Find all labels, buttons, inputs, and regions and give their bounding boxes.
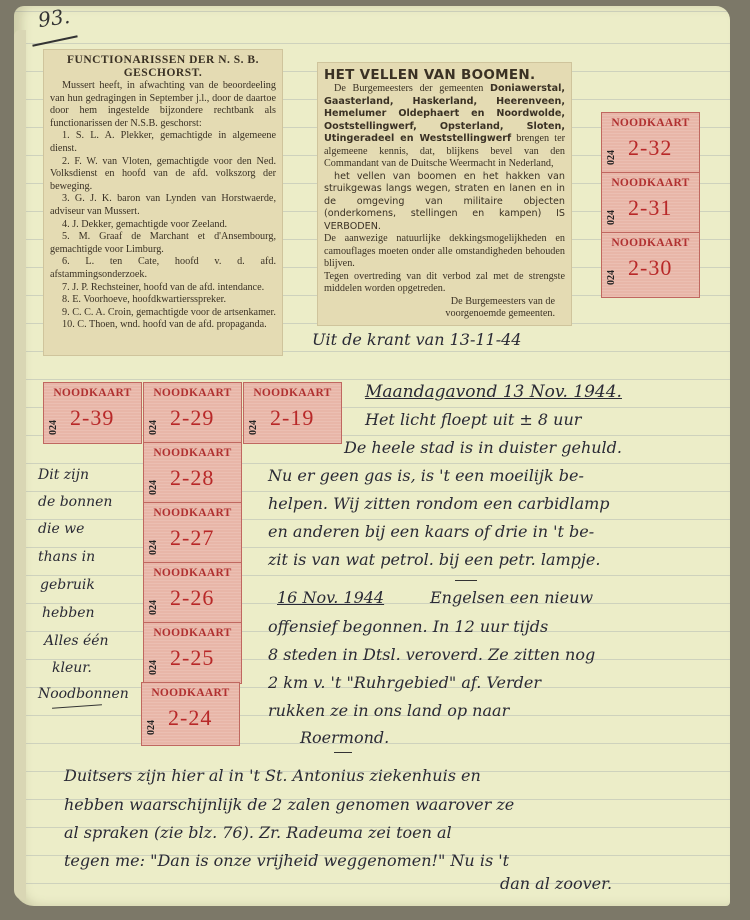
entry2-line: 8 steden in Dtsl. veroverd. Ze zitten no… [268, 645, 595, 664]
coupon-code: 024 [48, 420, 59, 435]
p1-start: De Burgemeesters der gemeenten [334, 83, 490, 94]
coupon-number: 2-39 [70, 405, 114, 431]
coupon: NOODKAART 024 2-27 [144, 503, 241, 563]
divider [334, 752, 352, 753]
bottom-line: Duitsers zijn hier al in 't St. Antonius… [64, 766, 481, 785]
side-note-line: kleur. [52, 660, 92, 676]
coupon: NOODKAART 024 2-24 [142, 683, 239, 745]
entry1-line: De heele stad is in duister gehuld. [344, 438, 622, 457]
entry1-line: Het licht floept uit ± 8 uur [365, 410, 581, 429]
coupon-title: NOODKAART [144, 447, 241, 459]
divider [455, 580, 477, 581]
coupon-title: NOODKAART [602, 117, 699, 129]
entry2-line: Engelsen een nieuw [430, 588, 593, 607]
coupon-title: NOODKAART [144, 507, 241, 519]
coupon-code: 024 [146, 720, 157, 735]
side-note-line: die we [38, 521, 84, 537]
bottom-line: al spraken (zie blz. 76). Zr. Radeuma ze… [64, 823, 452, 842]
coupon-number: 2-26 [170, 585, 214, 611]
coupon-number: 2-32 [628, 135, 672, 161]
side-note-line: gebruik [40, 577, 95, 593]
coupon: NOODKAART 024 2-30 [602, 233, 699, 297]
coupon-code: 024 [148, 600, 159, 615]
entry1-line: zit is van wat petrol. bij een petr. lam… [268, 550, 600, 569]
coupon-title: NOODKAART [142, 687, 239, 699]
coupon: NOODKAART 024 2-28 [144, 443, 241, 503]
clipping-boomen-signature-2: voorgenoemde gemeenten. [324, 308, 565, 321]
bottom-line: hebben waarschijnlijk de 2 zalen genomen… [64, 795, 514, 814]
coupon-title: NOODKAART [144, 627, 241, 639]
coupon-code: 024 [606, 150, 617, 165]
entry1-line: Nu er geen gas is, is 't een moeilijk be… [268, 466, 584, 485]
coupon-code: 024 [606, 270, 617, 285]
coupon-code: 024 [148, 660, 159, 675]
coupon-title: NOODKAART [144, 387, 241, 399]
coupon: NOODKAART 024 2-29 [144, 383, 241, 443]
coupon-code: 024 [148, 420, 159, 435]
coupon-number: 2-30 [628, 255, 672, 281]
coupon: NOODKAART 024 2-32 [602, 113, 699, 173]
coupon: NOODKAART 024 2-19 [244, 383, 341, 443]
clipping-nsb-item: 3. G. J. K. baron van Lynden van Horstwa… [50, 193, 276, 218]
coupon-number: 2-31 [628, 195, 672, 221]
coupon-code: 024 [248, 420, 259, 435]
coupon: NOODKAART 024 2-25 [144, 623, 241, 683]
clipping-boomen-title: HET VELLEN VAN BOOMEN. [324, 67, 565, 83]
coupon: NOODKAART 024 2-39 [44, 383, 141, 443]
clipping-nsb-item: 1. S. L. A. Plekker, gemachtigde in alge… [50, 130, 276, 155]
source-note: Uit de krant van 13-11-44 [312, 330, 521, 349]
clipping-nsb-item: 8. E. Voorhoeve, hoofdkwartiersspreker. [50, 294, 276, 307]
coupon-title: NOODKAART [144, 567, 241, 579]
coupon-title: NOODKAART [602, 177, 699, 189]
clipping-boomen-p4: Tegen overtreding van dit verbod zal met… [324, 271, 565, 296]
clipping-nsb-title: FUNCTIONARISSEN DER N. S. B. GESCHORST. [50, 54, 276, 80]
coupon-code: 024 [148, 480, 159, 495]
clipping-nsb-item: 4. J. Dekker, gemachtigde voor Zeeland. [50, 219, 276, 232]
coupon: NOODKAART 024 2-31 [602, 173, 699, 233]
entry1-line: en anderen bij een kaars of drie in 't b… [268, 522, 594, 541]
clipping-boomen-signature-1: De Burgemeesters van de [324, 296, 565, 309]
entry2-line: rukken ze in ons land op naar [268, 701, 509, 720]
coupon-number: 2-24 [168, 705, 212, 731]
coupon-number: 2-19 [270, 405, 314, 431]
coupon-number: 2-29 [170, 405, 214, 431]
clipping-nsb-item: 10. C. Thoen, wnd. hoofd van de afd. pro… [50, 319, 276, 332]
coupon-code: 024 [148, 540, 159, 555]
entry2-date: 16 Nov. 1944 [277, 588, 384, 607]
side-note-line: thans in [38, 549, 95, 565]
entry1-line: helpen. Wij zitten rondom een carbidlamp [268, 494, 610, 513]
clipping-nsb-item: 7. J. P. Rechsteiner, hoofd van de afd. … [50, 282, 276, 295]
entry1-date: Maandagavond 13 Nov. 1944. [365, 382, 622, 402]
side-note-line: Noodbonnen [38, 686, 129, 702]
coupon-number: 2-28 [170, 465, 214, 491]
clipping-nsb-item: 5. M. Graaf de Marchant et d'Ansembourg,… [50, 231, 276, 256]
clipping-nsb-item: 2. F. W. van Vloten, gemachtigde voor de… [50, 156, 276, 194]
bottom-line: dan al zoover. [500, 874, 612, 893]
coupon-code: 024 [606, 210, 617, 225]
coupon-title: NOODKAART [602, 237, 699, 249]
page-number: 93. [36, 4, 71, 32]
clipping-boomen-p1: De Burgemeesters der gemeenten Doniawers… [324, 83, 565, 171]
coupon-title: NOODKAART [244, 387, 341, 399]
side-note-line: Alles één [44, 633, 109, 649]
coupon-number: 2-27 [170, 525, 214, 551]
bottom-line: tegen me: "Dan is onze vrijheid weggenom… [64, 851, 509, 870]
clipping-boomen: HET VELLEN VAN BOOMEN. De Burgemeesters … [318, 63, 571, 325]
clipping-boomen-p2: het vellen van boomen en het hakken van … [324, 171, 565, 234]
clipping-boomen-p3: De aanwezige natuurlijke dekkingsmogelij… [324, 233, 565, 271]
clipping-nsb: FUNCTIONARISSEN DER N. S. B. GESCHORST. … [44, 50, 282, 355]
side-note-line: de bonnen [38, 494, 112, 510]
entry2-line: Roermond. [300, 728, 389, 747]
side-note-line: Dit zijn [38, 467, 89, 483]
side-note-line: hebben [42, 605, 95, 621]
page-edge [14, 30, 26, 900]
coupon-number: 2-25 [170, 645, 214, 671]
clipping-nsb-item: 6. L. ten Cate, hoofd v. d. afd. afstamm… [50, 256, 276, 281]
entry2-line: 2 km v. 't "Ruhrgebied" af. Verder [268, 673, 541, 692]
entry2-line: offensief begonnen. In 12 uur tijds [268, 617, 548, 636]
coupon: NOODKAART 024 2-26 [144, 563, 241, 623]
coupon-title: NOODKAART [44, 387, 141, 399]
clipping-nsb-intro: Mussert heeft, in afwachting van de beoo… [50, 80, 276, 130]
clipping-nsb-item: 9. C. C. A. Croin, gemachtigde voor de a… [50, 307, 276, 320]
